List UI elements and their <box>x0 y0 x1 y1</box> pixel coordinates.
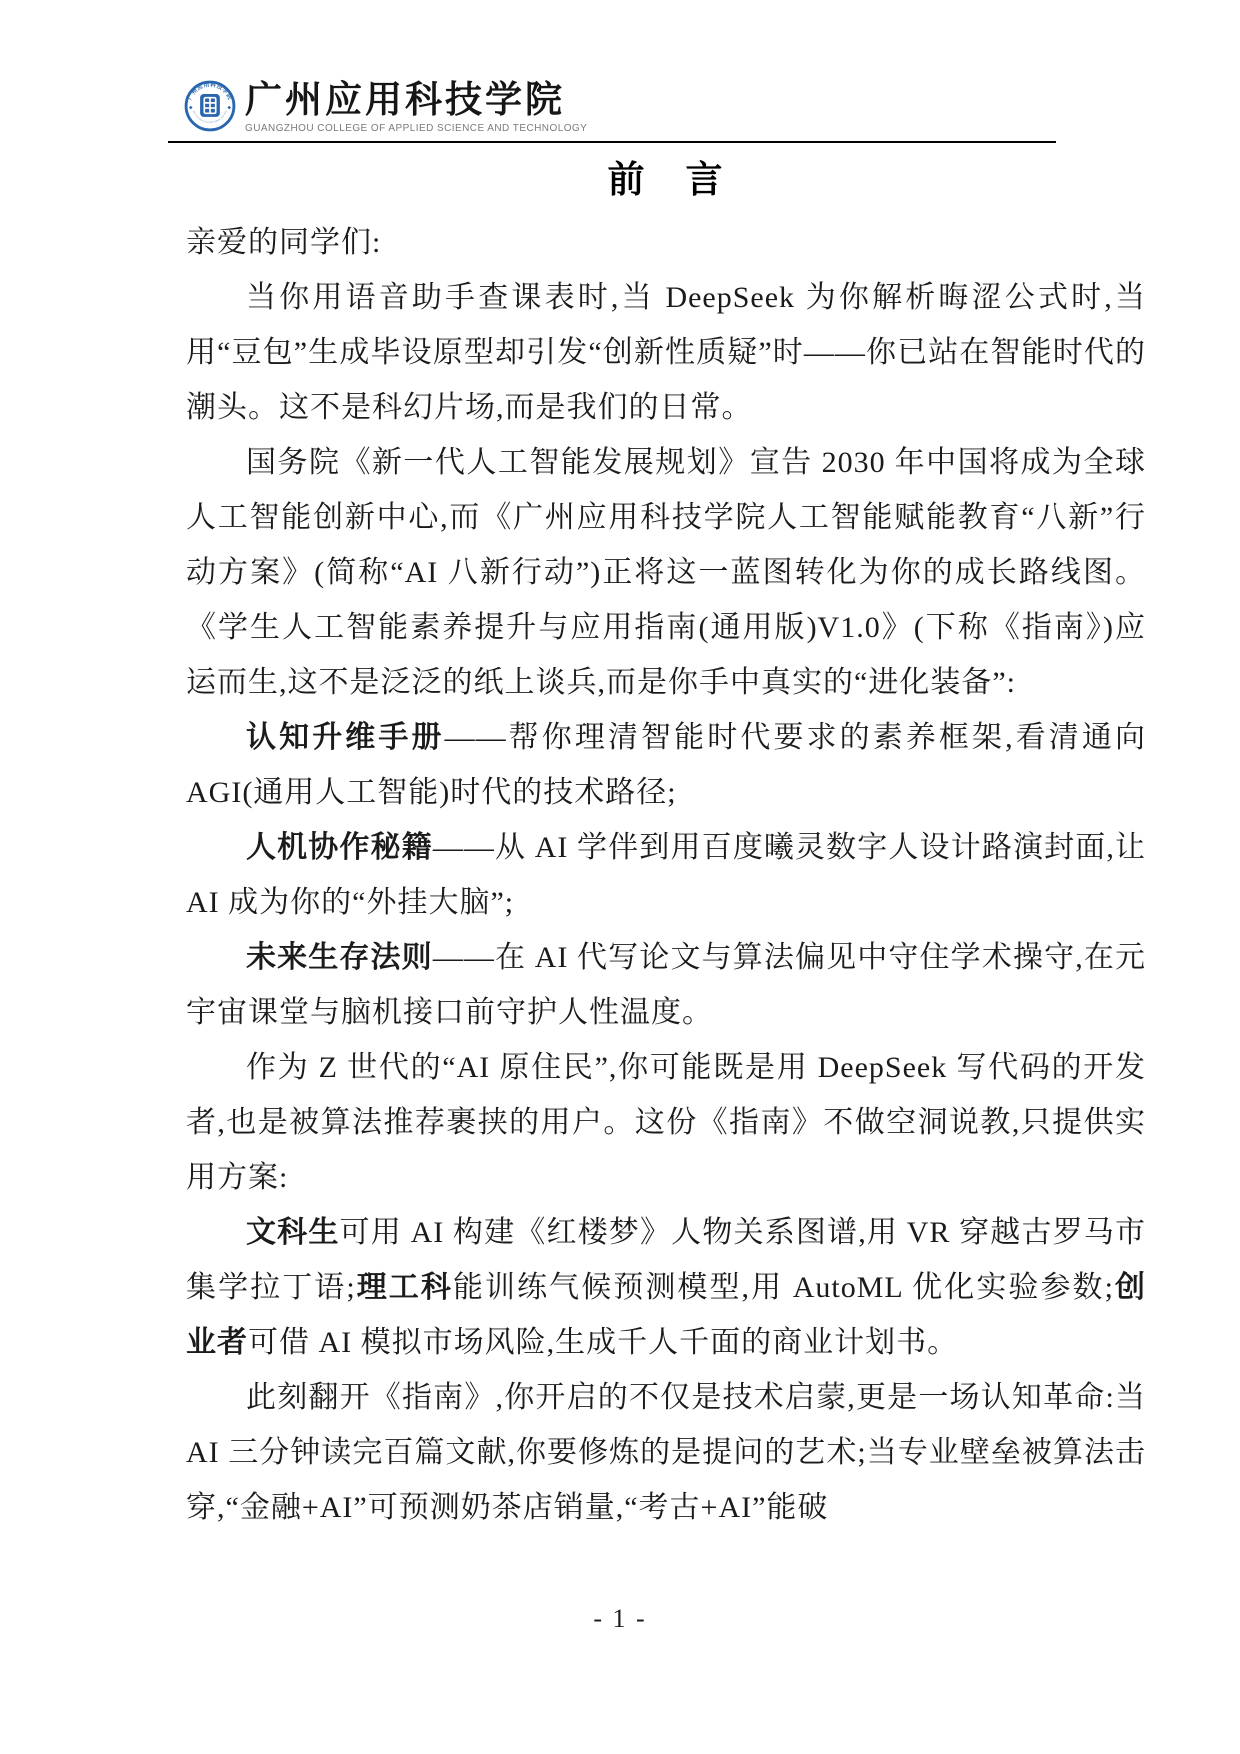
school-emblem-icon: 广州应用科技学院 GUANGZHOU COLLEGE OF APPLIED SC… <box>184 80 236 132</box>
paragraph-bold-lead: 认知升维手册——帮你理清智能时代要求的素养框架,看清通向 AGI(通用人工智能)… <box>186 710 1146 820</box>
paragraph: 此刻翻开《指南》,你开启的不仅是技术启蒙,更是一场认知革命:当 AI 三分钟读完… <box>186 1370 1146 1535</box>
paragraph-salutation: 亲爱的同学们: <box>186 215 1146 270</box>
footer-page-number: - 1 - <box>0 1604 1240 1634</box>
header-logo: 广州应用科技学院 GUANGZHOU COLLEGE OF APPLIED SC… <box>184 80 587 134</box>
paragraph-bold-lead: 人机协作秘籍——从 AI 学伴到用百度曦灵数字人设计路演封面,让 AI 成为你的… <box>186 820 1146 930</box>
body-text: 能训练气候预测模型,用 AutoML 优化实验参数; <box>453 1271 1114 1304</box>
body-text: 国务院《新一代人工智能发展规划》宣告 2030 年中国将成为全球人工智能创新中心… <box>186 446 1146 699</box>
school-name-en: GUANGZHOU COLLEGE OF APPLIED SCIENCE AND… <box>245 123 587 134</box>
bold-lead-text: 认知升维手册 <box>246 721 445 754</box>
school-name-block: 广州应用科技学院 GUANGZHOU COLLEGE OF APPLIED SC… <box>245 80 587 134</box>
paragraph-bold-lead: 未来生存法则——在 AI 代写论文与算法偏见中守住学术操守,在元宇宙课堂与脑机接… <box>186 930 1146 1040</box>
bold-lead-text: 文科生 <box>246 1216 340 1249</box>
body-text: 当你用语音助手查课表时,当 DeepSeek 为你解析晦涩公式时,当用“豆包”生… <box>186 281 1146 424</box>
document-page: 广州应用科技学院 GUANGZHOU COLLEGE OF APPLIED SC… <box>0 0 1240 1754</box>
body-text: 亲爱的同学们: <box>186 226 381 259</box>
header-divider-rule <box>168 141 1056 143</box>
paragraph: 当你用语音助手查课表时,当 DeepSeek 为你解析晦涩公式时,当用“豆包”生… <box>186 270 1146 435</box>
body-text: 可借 AI 模拟市场风险,生成千人千面的商业计划书。 <box>248 1326 958 1359</box>
body-text: 此刻翻开《指南》,你开启的不仅是技术启蒙,更是一场认知革命:当 AI 三分钟读完… <box>186 1381 1146 1524</box>
bold-lead-text: 理工科 <box>356 1271 453 1304</box>
document-content: 前 言 亲爱的同学们: 当你用语音助手查课表时,当 DeepSeek 为你解析晦… <box>186 158 1146 1535</box>
school-name-cn: 广州应用科技学院 <box>245 82 587 119</box>
body-text: 作为 Z 世代的“AI 原住民”,你可能既是用 DeepSeek 写代码的开发者… <box>186 1051 1146 1194</box>
page-title: 前 言 <box>186 158 1146 202</box>
bold-lead-text: 未来生存法则 <box>246 941 433 974</box>
paragraph-bold-inline: 文科生可用 AI 构建《红楼梦》人物关系图谱,用 VR 穿越古罗马市集学拉丁语;… <box>186 1205 1146 1370</box>
bold-lead-text: 人机协作秘籍 <box>246 831 433 864</box>
paragraph: 国务院《新一代人工智能发展规划》宣告 2030 年中国将成为全球人工智能创新中心… <box>186 435 1146 710</box>
paragraph: 作为 Z 世代的“AI 原住民”,你可能既是用 DeepSeek 写代码的开发者… <box>186 1040 1146 1205</box>
